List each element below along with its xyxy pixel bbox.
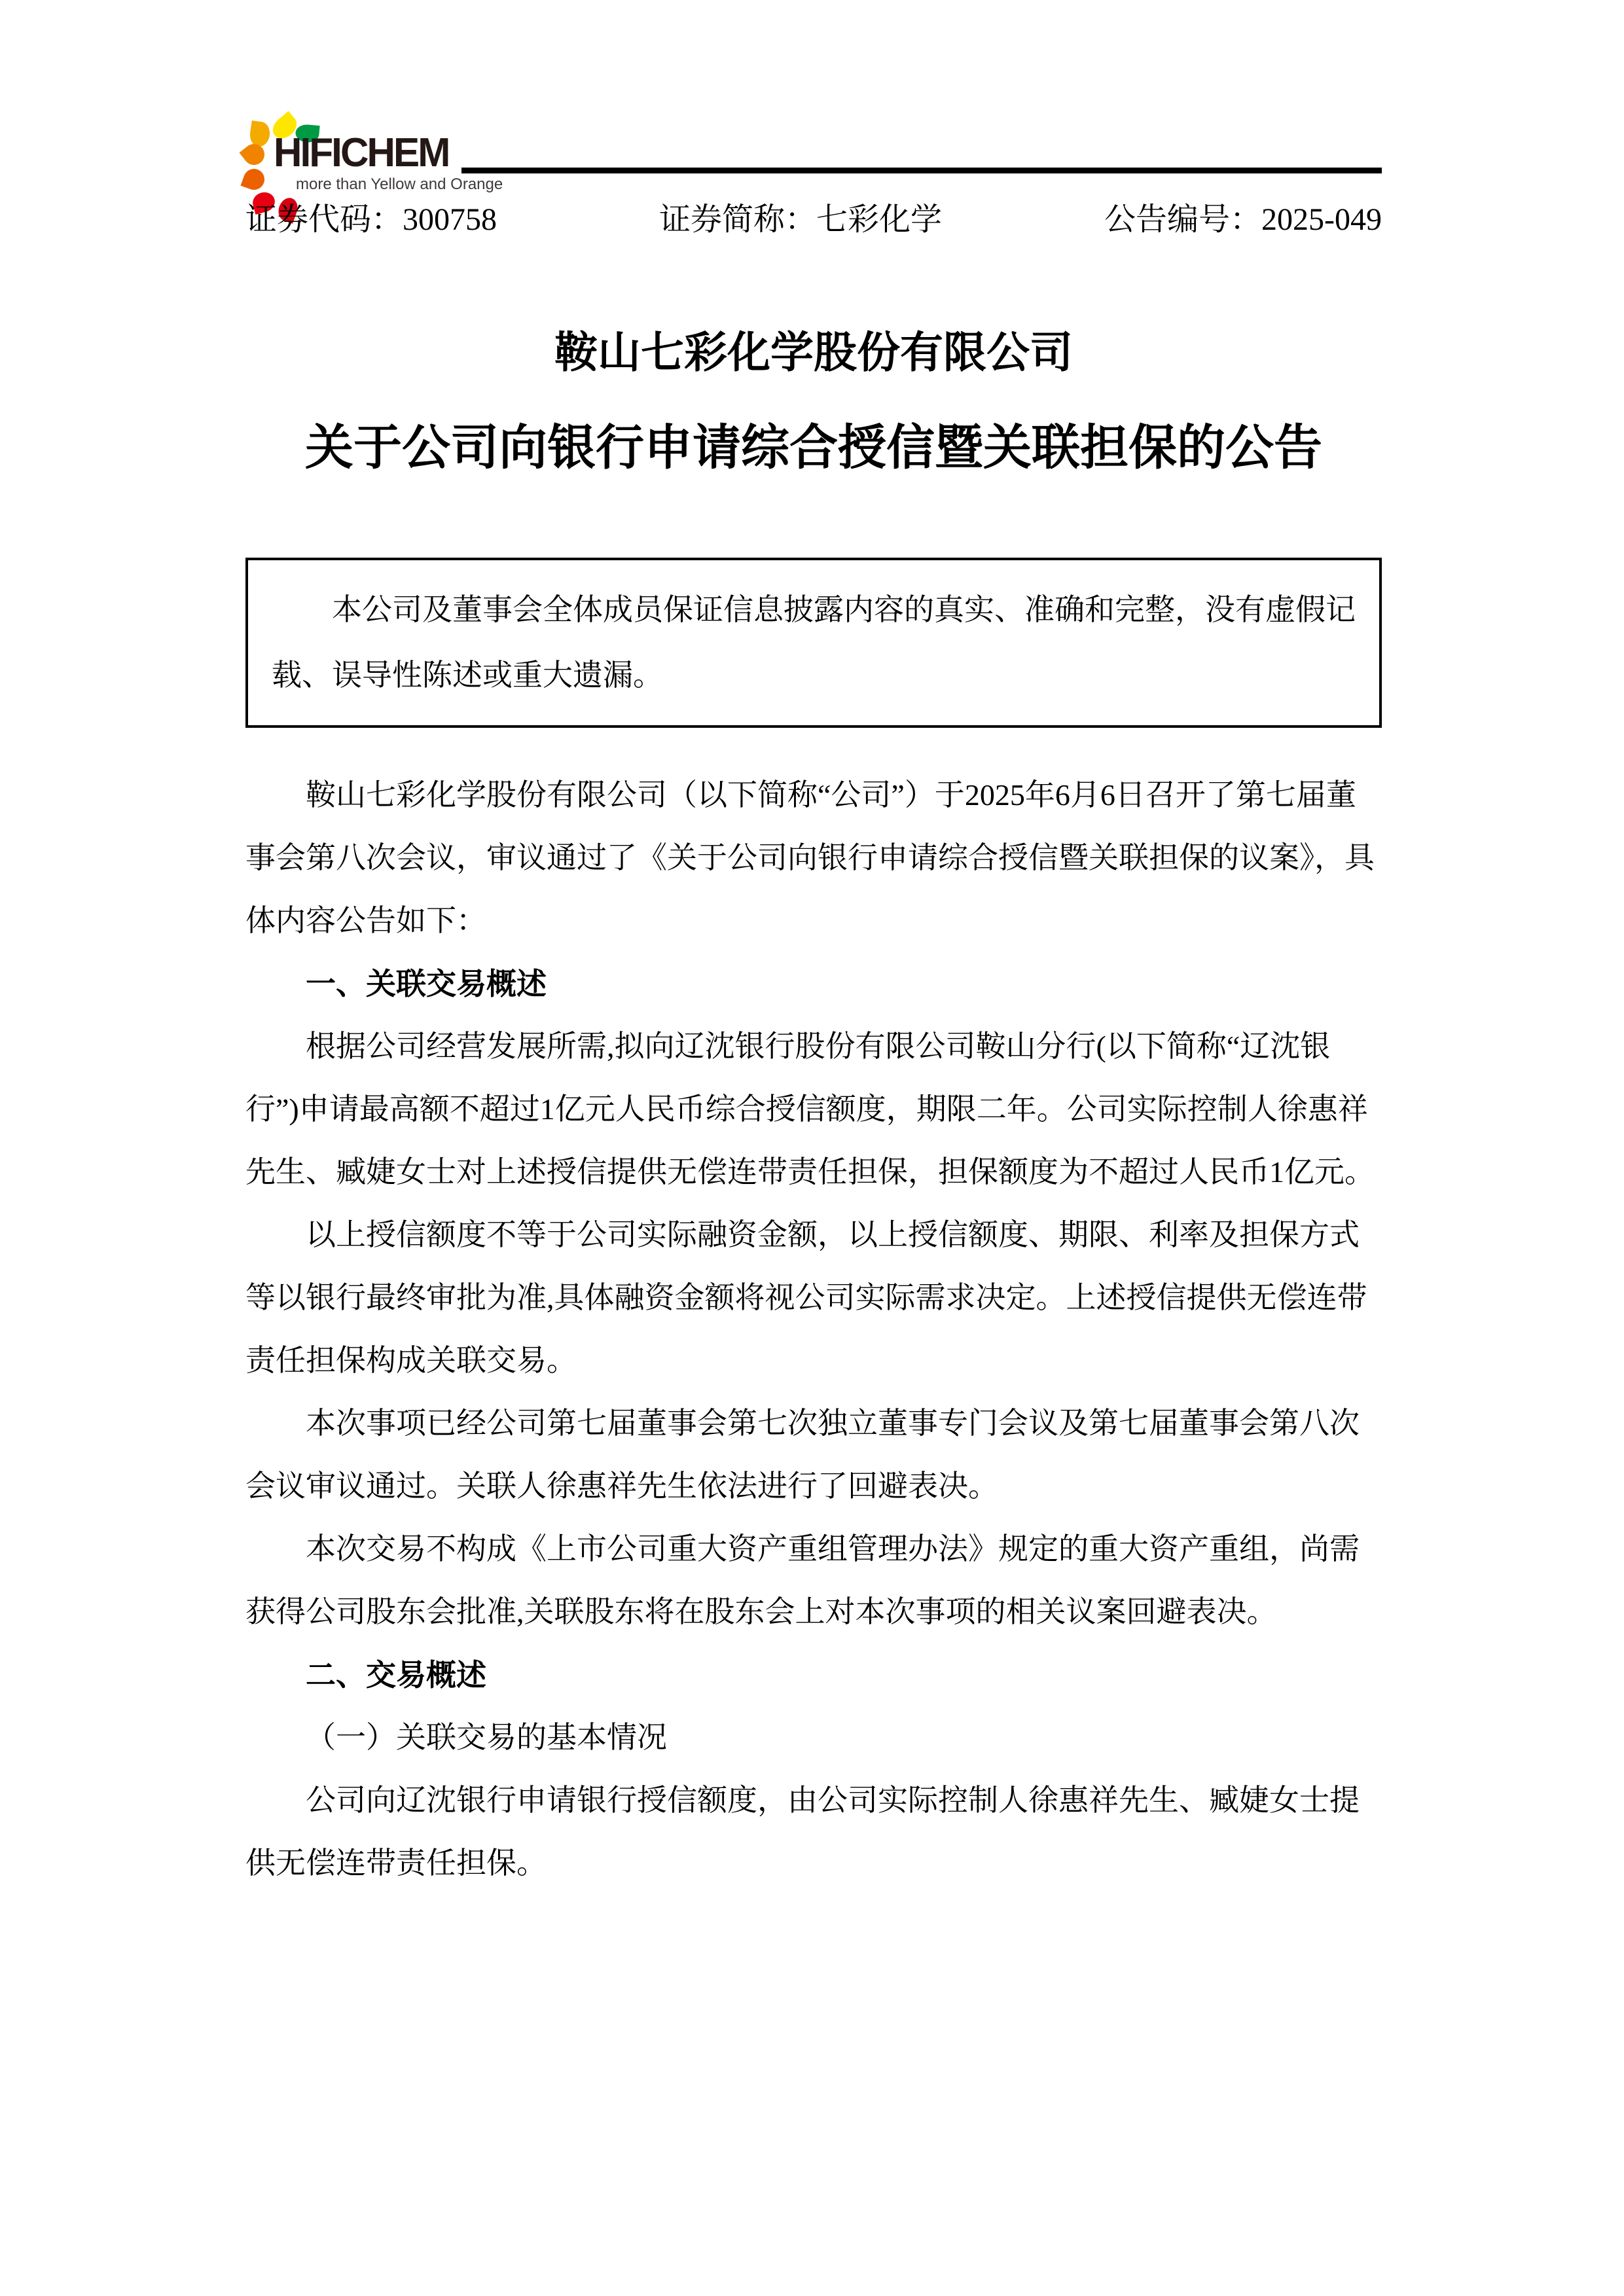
section-1-paragraph-4: 本次交易不构成《上市公司重大资产重组管理办法》规定的重大资产重组，尚需获得公司股… [245,1518,1382,1643]
company-logo: HIFICHEM more than Yellow and Orange [244,110,492,211]
stock-short-name: 证券简称：七彩化学 [659,200,942,240]
stock-code: 证券代码：300758 [245,200,497,240]
petal-deep-orange-icon [240,166,267,192]
section-1-paragraph-2: 以上授信额度不等于公司实际融资金额，以上授信额度、期限、利率及担保方式等以银行最… [245,1204,1382,1392]
intro-paragraph: 鞍山七彩化学股份有限公司（以下简称“公司”）于2025年6月6日召开了第七届董事… [245,764,1382,952]
announcement-page: HIFICHEM more than Yellow and Orange 证券代… [0,0,1624,2296]
section-2-paragraph-1: 公司向辽沈银行申请银行授信额度，由公司实际控制人徐惠祥先生、臧婕女士提供无偿连带… [245,1769,1382,1895]
section-2-sub-heading: （一）关联交易的基本情况 [245,1706,1382,1769]
section-1-paragraph-1: 根据公司经营发展所需,拟向辽沈银行股份有限公司鞍山分行(以下简称“辽沈银行”)申… [245,1015,1382,1204]
section-1-paragraph-3: 本次事项已经公司第七届董事会第七次独立董事专门会议及第七届董事会第八次会议审议通… [245,1392,1382,1518]
announcement-title: 关于公司向银行申请综合授信暨关联担保的公告 [245,422,1382,473]
announcement-number: 公告编号：2025-049 [1104,200,1382,240]
logo-wordmark: HIFICHEM [274,130,448,176]
announcement-body: 鞍山七彩化学股份有限公司（以下简称“公司”）于2025年6月6日召开了第七届董事… [245,764,1382,1895]
disclaimer-box: 本公司及董事会全体成员保证信息披露内容的真实、准确和完整，没有虚假记载、误导性陈… [245,558,1382,728]
section-2-heading: 二、交易概述 [245,1643,1382,1706]
section-1-heading: 一、关联交易概述 [245,952,1382,1015]
header-divider-rule [461,168,1382,173]
logo-tagline: more than Yellow and Orange [296,175,503,194]
securities-info-row: 证券代码：300758 证券简称：七彩化学 公告编号：2025-049 [245,200,1382,240]
disclaimer-text: 本公司及董事会全体成员保证信息披露内容的真实、准确和完整，没有虚假记载、误导性陈… [272,577,1356,708]
company-name-title: 鞍山七彩化学股份有限公司 [245,329,1382,375]
